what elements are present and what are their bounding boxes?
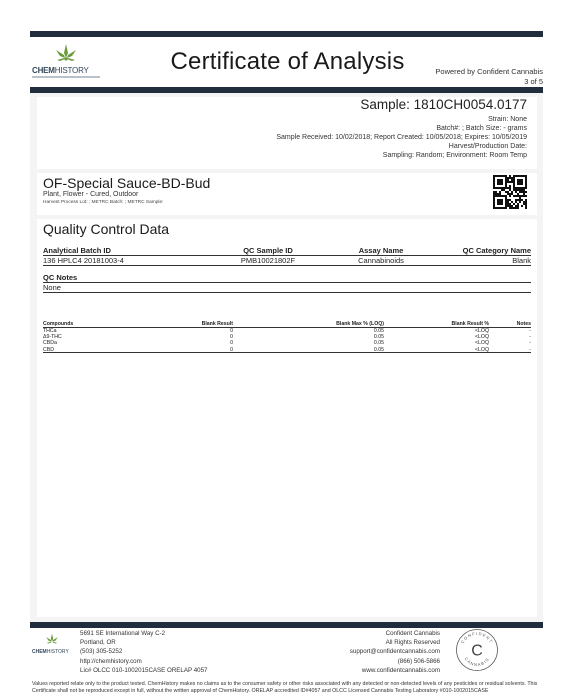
col-assay-name: Assay Name [343, 246, 419, 255]
qc-card: Quality Control Data Analytical Batch ID… [37, 219, 537, 617]
col-qc-sample-id: QC Sample ID [193, 246, 343, 255]
page-indicator: 3 of 5 [435, 77, 543, 87]
sample-dates: Sample Received: 10/02/2018; Report Crea… [276, 133, 527, 142]
sample-sampling: Sampling: Random; Environment: Room Temp [276, 151, 527, 160]
qc-notes: QC Notes None [43, 273, 531, 293]
col-blank-max: Blank Max % (LOQ) [233, 321, 384, 327]
address-street: 5691 SE International Way C-2 [80, 629, 208, 638]
col-analytical-batch-id: Analytical Batch ID [43, 246, 193, 255]
confident-cannabis-seal-icon: CONFIDENT CANNABIS C [455, 628, 499, 672]
logo-tagline [32, 76, 100, 78]
qc-batch-table: Analytical Batch ID QC Sample ID Assay N… [43, 246, 531, 266]
col-qc-category: QC Category Name [419, 246, 531, 255]
lab-phone: (503) 305-5252 [80, 647, 208, 656]
cannabis-leaf-icon [45, 633, 59, 647]
disclaimer: Values reported relate only to the produ… [32, 681, 547, 695]
footer-chemhistory-logo: CHEMHISTORY [32, 633, 74, 663]
cell-qc-sample-id: PMB10021802F [193, 256, 343, 265]
cell-qc-category: Blank [419, 256, 531, 265]
table-row: CBD 0 0.05 <LOQ - [43, 347, 531, 353]
product-card: OF-Special Sauce-BD-Bud Plant, Flower - … [37, 173, 537, 215]
sample-harvest-date: Harvest/Production Date: [276, 142, 527, 151]
footer-logo-bold: CHEM [32, 649, 47, 655]
table-row: 136 HPLC4 20181003-4 PMB10021802F Cannab… [43, 256, 531, 266]
col-blank-result: Blank Result [163, 321, 233, 327]
footer-logo-light: HISTORY [47, 649, 69, 655]
lab-address: 5691 SE International Way C-2 Portland, … [80, 629, 208, 675]
blank-max: 0.05 [233, 347, 384, 352]
col-blank-result-pct: Blank Result % [384, 321, 489, 327]
confident-cannabis-contact: Confident Cannabis All Rights Reserved s… [350, 629, 440, 675]
compound-name: CBD [43, 347, 163, 352]
col-compounds: Compounds [43, 321, 163, 327]
qc-header-row: Analytical Batch ID QC Sample ID Assay N… [43, 246, 531, 256]
cc-email-link[interactable]: support@confidentcannabis.com [350, 647, 440, 656]
lab-website-link[interactable]: http://chemhistory.com [80, 657, 208, 666]
lab-license: Lic# OLCC 010-1002015CASE ORELAP 4057 [80, 666, 208, 675]
cell-batch-id: 136 HPLC4 20181003-4 [43, 256, 193, 265]
header-top-bar [30, 31, 543, 37]
powered-by-text: Powered by Confident Cannabis [435, 67, 543, 77]
qr-code-icon[interactable] [493, 175, 527, 209]
sample-id: Sample: 1810CH0054.0177 [360, 97, 527, 112]
col-notes: Notes [489, 321, 531, 327]
compounds-header-row: Compounds Blank Result Blank Max % (LOQ)… [43, 321, 531, 328]
svg-text:C: C [471, 643, 483, 660]
compounds-table: Compounds Blank Result Blank Max % (LOQ)… [43, 321, 531, 353]
sample-details: Strain: None Batch#: ; Batch Size: - gra… [276, 115, 527, 160]
address-city: Portland, OR [80, 638, 208, 647]
powered-by: Powered by Confident Cannabis 3 of 5 [435, 67, 543, 87]
qc-notes-value: None [43, 283, 531, 293]
cell-assay-name: Cannabinoids [343, 256, 419, 265]
compounds-body: THCa 0 0.05 <LOQ - Δ9-THC 0 0.05 <LOQ - … [43, 328, 531, 353]
sample-strain: Strain: None [276, 115, 527, 124]
footer-logo-wordmark: CHEMHISTORY [32, 649, 69, 655]
cc-website-link[interactable]: www.confidentcannabis.com [350, 666, 440, 675]
blank-result: 0 [163, 347, 233, 352]
blank-result-pct: <LOQ [384, 347, 489, 352]
sample-batch: Batch#: ; Batch Size: - grams [276, 124, 527, 133]
compound-notes: - [489, 347, 531, 352]
qc-title: Quality Control Data [43, 221, 169, 237]
product-meta: Harvest Process Lot: ; METRC Batch: ; ME… [43, 200, 164, 205]
product-name: OF-Special Sauce-BD-Bud [43, 175, 210, 191]
cc-phone: (866) 506-5866 [350, 657, 440, 666]
qc-notes-label: QC Notes [43, 273, 531, 283]
cc-name: Confident Cannabis [350, 629, 440, 638]
product-type: Plant, Flower - Cured, Outdoor [43, 191, 138, 198]
sample-info-card: Sample: 1810CH0054.0177 Strain: None Bat… [37, 97, 537, 169]
cc-rights: All Rights Reserved [350, 638, 440, 647]
